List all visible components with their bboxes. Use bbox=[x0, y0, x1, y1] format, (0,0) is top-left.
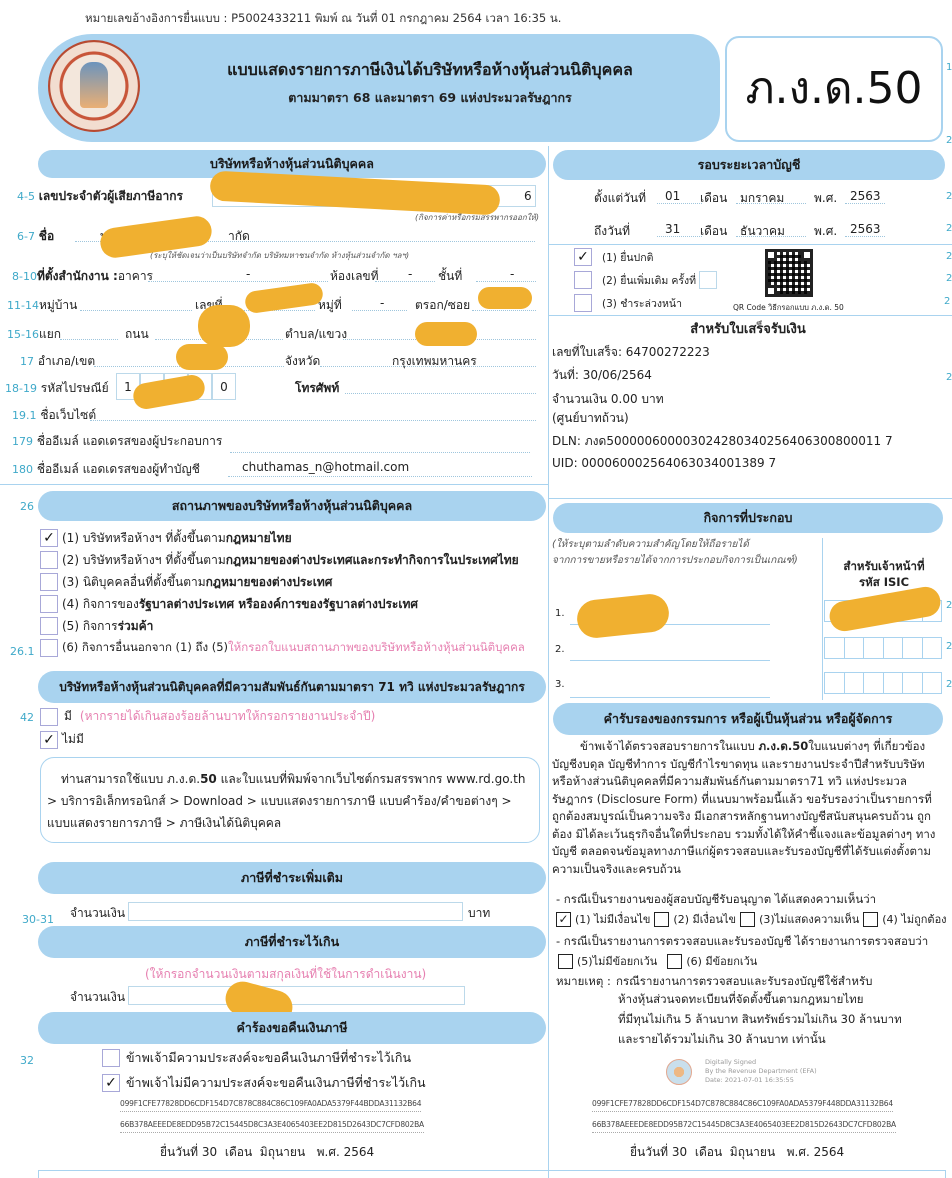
website-field[interactable] bbox=[90, 407, 536, 421]
province-label: จังหวัด bbox=[285, 352, 320, 371]
form-code: ภ.ง.ด.50 bbox=[725, 36, 943, 142]
remark-line: กรณีรายงานการตรวจสอบและรับรองบัญชีใช้สำห… bbox=[616, 973, 872, 991]
margin-number: 1 bbox=[946, 62, 952, 73]
business-item-2-label: 2. bbox=[555, 644, 565, 655]
business-section-header: กิจการที่ประกอบ bbox=[553, 503, 943, 533]
section-divider bbox=[548, 315, 952, 316]
checkbox-checked[interactable]: ✓ bbox=[102, 1074, 120, 1092]
tax-id-tail: 6 bbox=[524, 189, 532, 203]
checkbox[interactable] bbox=[40, 595, 58, 613]
related-number: 42 bbox=[20, 711, 34, 724]
additional-tax-header: ภาษีที่ชำระเพิ่มเติม bbox=[38, 862, 546, 894]
redaction bbox=[415, 322, 477, 346]
room-value: - bbox=[408, 267, 412, 281]
checkbox[interactable] bbox=[574, 271, 592, 289]
receipt-dln: DLN: ภงด50000060000302428034025640630080… bbox=[552, 432, 893, 451]
business-note-2: จากการขายหรือรายได้จากการประกอบกิจการเป็… bbox=[552, 553, 798, 568]
certification-paragraph: ข้าพเจ้าได้ตรวจสอบรายการในแบบ ภ.ง.ด.50ใบ… bbox=[552, 738, 945, 878]
subdistrict-label: ตำบล/แขวง bbox=[285, 325, 347, 344]
refund-filed-date: ยื่นวันที่ 30 เดือน มิถุนายน พ.ศ. 2564 bbox=[160, 1143, 374, 1162]
margin-number: 2 bbox=[946, 372, 952, 383]
website-row: 19.1 ชื่อเว็บไซต์ bbox=[12, 406, 96, 425]
margin-number: 2 bbox=[946, 600, 952, 611]
additional-tax-unit: บาท bbox=[468, 904, 490, 923]
status-options: ✓ (1) บริษัทหรือห้างฯ ที่ตั้งขึ้นตามกฎหม… bbox=[40, 527, 550, 659]
tax-id-label: เลขประจำตัวผู้เสียภาษีอากร bbox=[39, 189, 183, 203]
auditor-case-label: - กรณีเป็นรายงานของผู้สอบบัญชีรับอนุญาต … bbox=[556, 891, 876, 909]
district-row: 17 อำเภอ/เขต bbox=[20, 352, 95, 371]
refund-section-header: คำร้องขอคืนเงินภาษี bbox=[38, 1012, 546, 1044]
qr-corner bbox=[765, 249, 777, 261]
remark-label: หมายเหตุ : bbox=[556, 973, 611, 991]
period-from-day: 01 bbox=[665, 189, 680, 203]
period-from-year: 2563 bbox=[850, 189, 881, 203]
office-label-row: 8-10ที่ตั้งสำนักงาน :อาคาร bbox=[12, 267, 153, 286]
status-option-2[interactable]: (2) บริษัทหรือห้างฯ ที่ตั้งขึ้นตามกฎหมาย… bbox=[40, 549, 550, 571]
related-yes-option[interactable]: มี (หากรายได้เกินสองร้อยล้านบาทให้กรอกรา… bbox=[40, 707, 375, 726]
certification-hash-2: 66B378AEEEDE8EDD95B72C15445D8C3A3E406540… bbox=[592, 1120, 896, 1133]
checkbox[interactable] bbox=[40, 573, 58, 591]
postal-row: 18-19 รหัสไปรษณีย์ bbox=[5, 379, 109, 398]
checkbox[interactable] bbox=[40, 617, 58, 635]
margin-number: 2 bbox=[946, 135, 952, 146]
redaction bbox=[176, 344, 228, 370]
business-item-2-field[interactable] bbox=[570, 660, 770, 661]
overpaid-tax-header: ภาษีที่ชำระไว้เกิน bbox=[38, 926, 546, 958]
floor-label: ชั้นที่ bbox=[438, 267, 462, 286]
phone-label: โทรศัพท์ bbox=[295, 379, 339, 398]
redaction bbox=[198, 305, 250, 347]
junction-field[interactable] bbox=[60, 326, 118, 340]
period-month-label: เดือน bbox=[700, 222, 727, 241]
checkbox-checked[interactable]: ✓ bbox=[40, 731, 58, 749]
checkbox[interactable] bbox=[40, 708, 58, 726]
seal-figure-icon bbox=[80, 62, 108, 108]
postal-digit[interactable]: 0 bbox=[212, 373, 236, 400]
floor-value: - bbox=[510, 267, 514, 281]
accountant-email-value: chuthamas_n@hotmail.com bbox=[242, 460, 409, 474]
village-field[interactable] bbox=[80, 297, 192, 311]
status-option-6[interactable]: (6) กิจการอื่นนอกจาก (1) ถึง (5)ให้กรอกใ… bbox=[40, 637, 550, 659]
floor-field[interactable] bbox=[476, 268, 536, 282]
overpaid-tax-amount-field[interactable] bbox=[128, 986, 465, 1005]
accounting-period-header: รอบระยะเวลาบัญชี bbox=[553, 150, 945, 180]
period-from-month: มกราคม bbox=[740, 189, 784, 208]
refund-hash-1: 099F1CFE77828DD6CDF154D7C878C884C86C109F… bbox=[120, 1099, 421, 1112]
review-case-label: - กรณีเป็นรายงานการตรวจสอบและรับรองบัญชี… bbox=[556, 933, 928, 951]
refund-option-no[interactable]: ✓ ข้าพเจ้าไม่มีความประสงค์จะขอคืนเงินภาษ… bbox=[102, 1073, 426, 1093]
status-option-1[interactable]: ✓ (1) บริษัทหรือห้างฯ ที่ตั้งขึ้นตามกฎหม… bbox=[40, 527, 550, 549]
accountant-email-row: 180 ชื่ออีเมล์ แอดเดรสของผู้ทำบัญชี bbox=[12, 460, 200, 479]
margin-number: 2 bbox=[946, 641, 952, 652]
remark-line: ที่มีทุนไม่เกิน 5 ล้านบาท สินทรัพย์รวมไม… bbox=[618, 1011, 902, 1029]
qr-corner bbox=[765, 285, 777, 297]
margin-number: 2 bbox=[946, 251, 952, 262]
additional-tax-number: 30-31 bbox=[22, 913, 54, 926]
status-option-5[interactable]: (5) กิจการร่วมค้า bbox=[40, 615, 550, 637]
company-name-note: (ระบุให้ชัดเจนว่าเป็นบริษัทจำกัด บริษัทม… bbox=[150, 249, 409, 262]
period-to-month: ธันวาคม bbox=[740, 222, 785, 241]
status-option-4[interactable]: (4) กิจการของรัฐบาลต่างประเทศ หรือองค์กา… bbox=[40, 593, 550, 615]
period-year-label: พ.ศ. bbox=[814, 189, 837, 208]
form-subtitle: ตามมาตรา 68 และมาตรา 69 แห่งประมวลรัษฎาก… bbox=[200, 88, 660, 108]
status-sub-number: 26.1 bbox=[10, 645, 35, 658]
checkbox[interactable] bbox=[558, 954, 573, 969]
form-title: แบบแสดงรายการภาษีเงินได้บริษัทหรือห้างหุ… bbox=[200, 58, 660, 83]
certification-filed-date: ยื่นวันที่ 30 เดือน มิถุนายน พ.ศ. 2564 bbox=[630, 1143, 844, 1162]
section-divider bbox=[548, 498, 952, 499]
refund-number: 32 bbox=[20, 1054, 34, 1067]
remark-line: และรายได้รวมไม่เกิน 30 ล้านบาท เท่านั้น bbox=[618, 1031, 826, 1049]
section-divider bbox=[548, 244, 952, 245]
digital-signature-seal-icon bbox=[666, 1059, 692, 1085]
room-field[interactable] bbox=[375, 268, 435, 282]
checkbox[interactable] bbox=[863, 912, 878, 927]
checkbox-checked[interactable]: ✓ bbox=[556, 912, 571, 927]
period-to-label: ถึงวันที่ bbox=[594, 222, 630, 241]
business-item-3-field[interactable] bbox=[570, 697, 770, 698]
period-from-row: ตั้งแต่วันที่ bbox=[594, 189, 646, 208]
additional-tax-amount-field[interactable] bbox=[128, 902, 463, 921]
section-divider bbox=[0, 484, 548, 485]
building-value: - bbox=[246, 267, 250, 281]
margin-number: 2 bbox=[944, 296, 950, 307]
road-label: ถนน bbox=[125, 325, 149, 344]
qr-corner bbox=[801, 249, 813, 261]
phone-field[interactable] bbox=[345, 380, 536, 394]
company-name-suffix: ากัด bbox=[228, 227, 250, 246]
period-to-year: 2563 bbox=[850, 222, 881, 236]
related-no-option[interactable]: ✓ ไม่มี bbox=[40, 730, 84, 749]
margin-number: 2 bbox=[946, 191, 952, 202]
status-option-3[interactable]: (3) นิติบุคคลอื่นที่ตั้งขึ้นตามกฎหมายของ… bbox=[40, 571, 550, 593]
tax-id-row: 4-5 เลขประจำตัวผู้เสียภาษีอากร bbox=[17, 187, 183, 206]
isic-code-boxes-3[interactable] bbox=[824, 672, 942, 694]
margin-number: 2 bbox=[946, 679, 952, 690]
receipt-uid: UID: 000060002564063034001389 7 bbox=[552, 456, 776, 470]
period-year-label: พ.ศ. bbox=[814, 222, 837, 241]
status-number: 26 bbox=[20, 500, 34, 513]
checkbox-checked[interactable]: ✓ bbox=[574, 248, 592, 266]
building-field[interactable] bbox=[148, 268, 328, 282]
checkbox-checked[interactable]: ✓ bbox=[40, 529, 58, 547]
overpaid-tax-amount-label: จำนวนเงิน bbox=[70, 988, 125, 1007]
checkbox[interactable] bbox=[667, 954, 682, 969]
village-row: 11-14หมู่บ้าน bbox=[7, 296, 77, 315]
additional-tax-amount-label: จำนวนเงิน bbox=[70, 904, 125, 923]
next-section-border bbox=[38, 1170, 946, 1178]
filing-type-prepayment[interactable]: (3) ชำระล่วงหน้า bbox=[574, 294, 682, 312]
checkbox[interactable] bbox=[740, 912, 755, 927]
reference-line: หมายเลขอ้างอิงการยื่นแบบ : P5002433211 พ… bbox=[85, 10, 561, 28]
qr-caption: QR Code วิธีกรอกแบบ ภ.ง.ด. 50 bbox=[733, 302, 844, 314]
refund-hash-2: 66B378AEEEDE8EDD95B72C15445D8C3A3E406540… bbox=[120, 1120, 424, 1133]
checkbox[interactable] bbox=[574, 294, 592, 312]
company-name-row: 6-7 ชื่อ bbox=[17, 227, 54, 246]
receipt-title: สำหรับใบเสร็จรับเงิน bbox=[548, 318, 948, 339]
room-label: ห้องเลขที่ bbox=[330, 267, 379, 286]
status-section-header: สถานภาพของบริษัทหรือห้างหุ้นส่วนนิติบุคค… bbox=[38, 491, 546, 521]
checkbox[interactable] bbox=[40, 551, 58, 569]
business-column-divider bbox=[822, 538, 823, 700]
column-divider bbox=[548, 146, 549, 1178]
related-section-header: บริษัทหรือห้างหุ้นส่วนนิติบุคคลที่มีความ… bbox=[38, 671, 546, 703]
period-to-day: 31 bbox=[665, 222, 680, 236]
road-row: 15-16แยก bbox=[7, 325, 61, 344]
refund-option-yes[interactable]: ข้าพเจ้ามีความประสงค์จะขอคืนเงินภาษีที่ช… bbox=[102, 1048, 411, 1068]
operator-email-field[interactable] bbox=[230, 439, 530, 453]
overpaid-tax-note: (ให้กรอกจำนวนเงินตามสกุลเงินที่ใช้ในการด… bbox=[145, 965, 426, 984]
filing-type-normal[interactable]: ✓ (1) ยื่นปกติ bbox=[574, 248, 653, 266]
redaction bbox=[575, 592, 670, 639]
business-item-3-label: 3. bbox=[555, 679, 565, 690]
checkbox[interactable] bbox=[654, 912, 669, 927]
download-info-box: ท่านสามารถใช้แบบ ภ.ง.ด.50 และใบแนบที่พิม… bbox=[40, 757, 540, 843]
moo-value: - bbox=[380, 296, 384, 310]
receipt-number: เลขที่ใบเสร็จ: 64700272223 bbox=[552, 343, 710, 362]
digital-signature-text: Digitally Signed By the Revenue Departme… bbox=[705, 1058, 817, 1085]
isic-code-boxes-2[interactable] bbox=[824, 637, 942, 659]
additional-count-field[interactable] bbox=[699, 271, 717, 289]
review-options: (5)ไม่มีข้อยกเว้น (6) มีข้อยกเว้น bbox=[558, 952, 761, 970]
auditor-options: ✓ (1) ไม่มีเงื่อนไข (2) มีเงื่อนไข (3)ไม… bbox=[556, 910, 951, 928]
business-item-1-label: 1. bbox=[555, 608, 565, 619]
checkbox[interactable] bbox=[102, 1049, 120, 1067]
redaction bbox=[478, 287, 532, 309]
margin-number: 2 bbox=[946, 223, 952, 234]
company-name-label: ชื่อ bbox=[39, 229, 54, 243]
business-note-1: (ให้ระบุตามลำดับความสำคัญโดยให้ถือรายได้ bbox=[552, 537, 749, 552]
soi-label: ตรอก/ซอย bbox=[415, 296, 470, 315]
receipt-date: วันที่: 30/06/2564 bbox=[552, 366, 652, 385]
period-month-label: เดือน bbox=[700, 189, 727, 208]
margin-number: 2 bbox=[946, 273, 952, 284]
receipt-amount-words: (ศูนย์บาทถ้วน) bbox=[552, 409, 629, 428]
province-value: กรุงเทพมหานคร bbox=[392, 352, 477, 371]
certification-hash-1: 099F1CFE77828DD6CDF154D7C878C884C86C109F… bbox=[592, 1099, 893, 1112]
filing-type-additional[interactable]: (2) ยื่นเพิ่มเติม ครั้งที่ bbox=[574, 271, 717, 289]
receipt-amount: จำนวนเงิน 0.00 บาท bbox=[552, 390, 664, 409]
operator-email-row: 179 ชื่ออีเมล์ แอดเดรสของผู้ประกอบการ bbox=[12, 432, 222, 451]
remark-line: ห้างหุ้นส่วนจดทะเบียนที่จัดตั้งขึ้นตามกฎ… bbox=[618, 991, 863, 1009]
certification-section-header: คำรับรองของกรรมการ หรือผู้เป็นหุ้นส่วน ห… bbox=[553, 703, 943, 735]
checkbox[interactable] bbox=[40, 639, 58, 657]
